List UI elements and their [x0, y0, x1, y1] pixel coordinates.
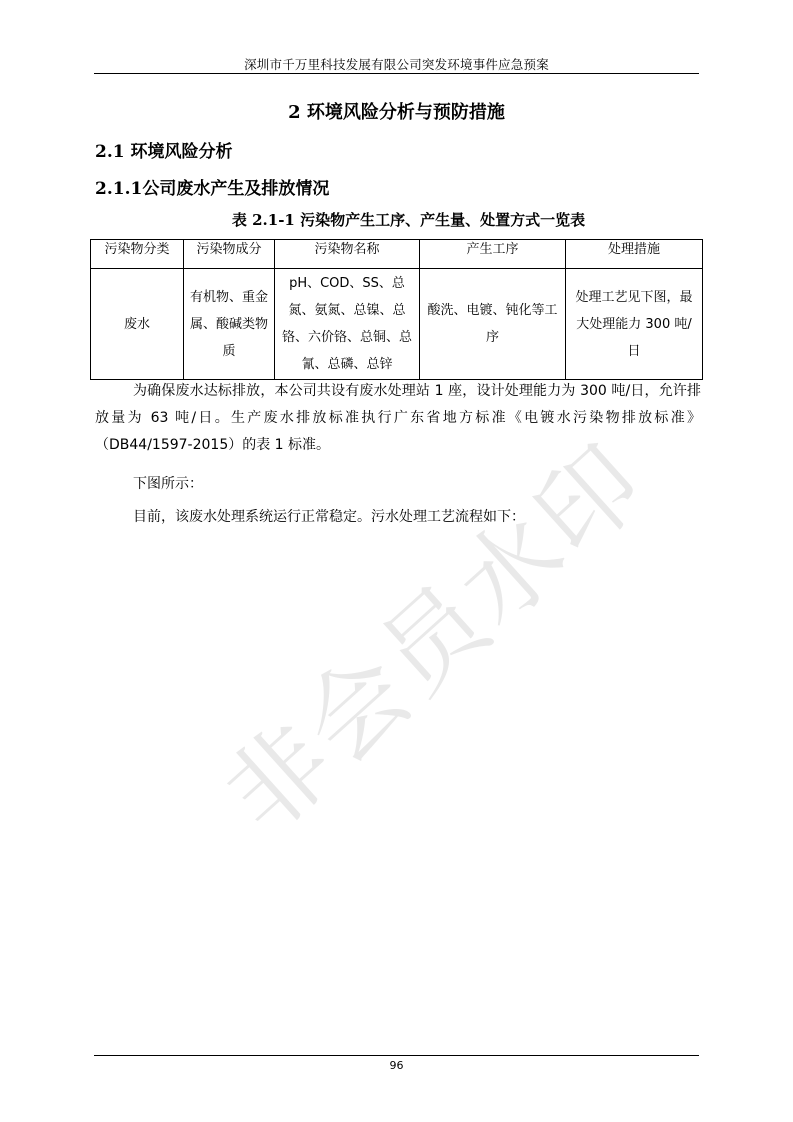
chapter-heading: 2 环境风险分析与预防措施: [0, 98, 793, 124]
column-header: 污染物名称: [275, 240, 420, 269]
cell-process: 酸洗、电镀、钝化等工序: [420, 269, 566, 380]
subsection-heading: 2.1.1公司废水产生及排放情况: [95, 174, 329, 199]
watermark: 非会员水印: [174, 391, 687, 873]
body-paragraph: 目前，该废水处理系统运行正常稳定。污水处理工艺流程如下：: [133, 504, 739, 531]
cell-names: pH、COD、SS、总氮、氨氮、总镍、总铬、六价铬、总铜、总氰、总磷、总锌: [275, 269, 420, 380]
footer-divider: [94, 1055, 699, 1056]
document-page: 非会员水印 深圳市千万里科技发展有限公司突发环境事件应急预案 2 环境风险分析与…: [0, 0, 793, 1122]
cell-category: 废水: [91, 269, 184, 380]
table-header-row: 污染物分类 污染物成分 污染物名称 产生工序 处理措施: [91, 240, 703, 269]
page-header: 深圳市千万里科技发展有限公司突发环境事件应急预案: [0, 55, 793, 73]
body-paragraph: 下图所示：: [133, 471, 739, 498]
table-row: 废水 有机物、重金属、酸碱类物质 pH、COD、SS、总氮、氨氮、总镍、总铬、六…: [91, 269, 703, 380]
pollutant-table: 污染物分类 污染物成分 污染物名称 产生工序 处理措施 废水 有机物、重金属、酸…: [90, 239, 703, 380]
column-header: 产生工序: [420, 240, 566, 269]
page-number: 96: [0, 1059, 793, 1072]
table-caption: 表 2.1-1 污染物产生工序、产生量、处置方式一览表: [0, 209, 793, 230]
cell-components: 有机物、重金属、酸碱类物质: [184, 269, 275, 380]
header-divider: [94, 73, 699, 74]
cell-treatment: 处理工艺见下图，最大处理能力 300 吨/日: [566, 269, 703, 380]
column-header: 污染物成分: [184, 240, 275, 269]
column-header: 污染物分类: [91, 240, 184, 269]
body-paragraph: 为确保废水达标排放，本公司共设有废水处理站 1 座，设计处理能力为 300 吨/…: [95, 378, 701, 459]
column-header: 处理措施: [566, 240, 703, 269]
section-heading: 2.1 环境风险分析: [95, 137, 233, 162]
